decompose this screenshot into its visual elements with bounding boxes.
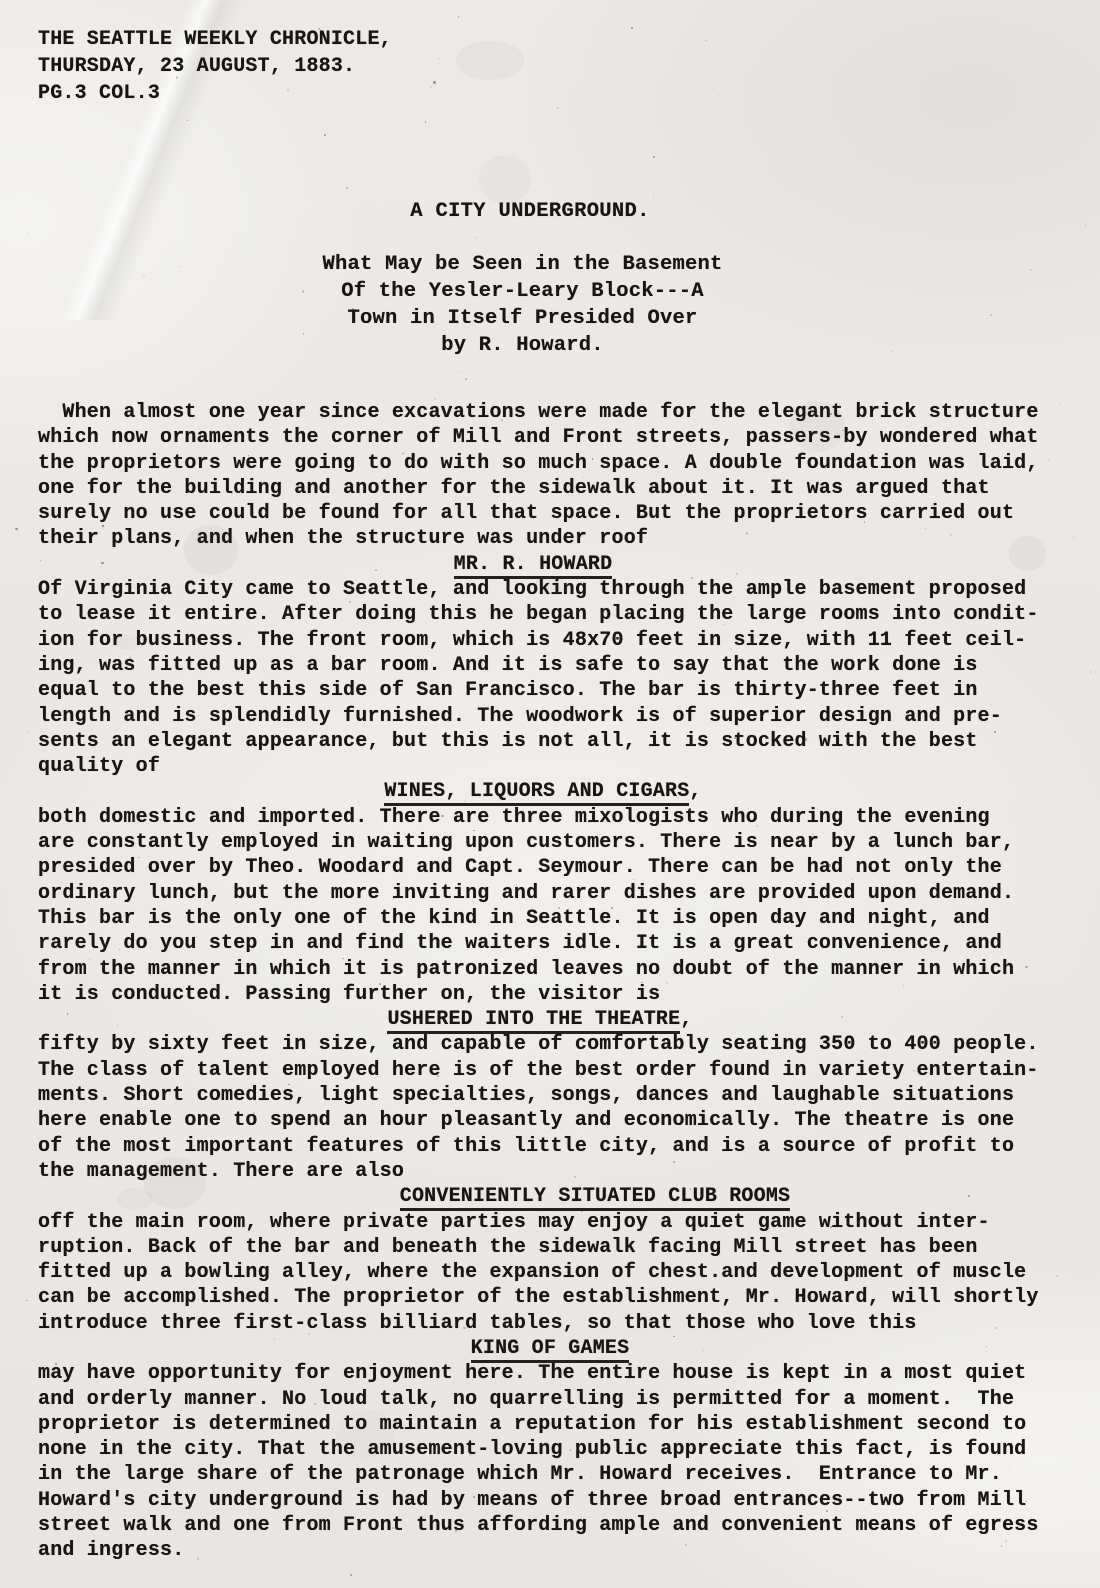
text-line: and ingress. (38, 1538, 1068, 1563)
text-line: which now ornaments the corner of Mill a… (38, 425, 1068, 450)
paper-speck (631, 27, 633, 29)
paper-blotch (479, 155, 530, 204)
subtitle-line: Town in Itself Presided Over (0, 305, 1045, 332)
scanned-document-page: THE SEATTLE WEEKLY CHRONICLE, THURSDAY, … (0, 0, 1100, 1588)
heading-king-of-games: KING OF GAMES (35, 1336, 1065, 1361)
paper-speck (28, 233, 29, 234)
bar-room-paragraph: Of Virginia City came to Seattle, and lo… (38, 577, 1068, 779)
text-line: The class of talent employed here is of … (38, 1058, 1068, 1083)
paper-speck (187, 120, 188, 121)
text-line: sents an elegant appearance, but this is… (38, 729, 1068, 754)
text-line: their plans, and when the structure was … (38, 526, 1068, 551)
text-line: both domestic and imported. There are th… (38, 805, 1068, 830)
paper-speck (425, 121, 426, 122)
heading-trailing-punctuation: , (680, 1008, 692, 1031)
text-line: surely no use could be found for all tha… (38, 501, 1068, 526)
paper-speck (925, 4, 926, 5)
club-rooms-paragraph: off the main room, where private parties… (38, 1210, 1068, 1336)
heading-mr-r-howard: MR. R. HOWARD (18, 552, 1048, 577)
text-line: can be accomplished. The proprietor of t… (38, 1285, 1068, 1310)
masthead-line-source: THE SEATTLE WEEKLY CHRONICLE, (38, 26, 392, 53)
paper-speck (653, 197, 655, 199)
heading-underlined-text: MR. R. HOWARD (454, 553, 613, 579)
text-line: When almost one year since excavations w… (38, 400, 1068, 425)
paper-speck (1073, 537, 1074, 538)
text-line: ion for business. The front room, which … (38, 628, 1068, 653)
text-line: none in the city. That the amusement-lov… (38, 1437, 1068, 1462)
text-line: length and is splendidly furnished. The … (38, 704, 1068, 729)
text-line: in the large share of the patronage whic… (38, 1462, 1068, 1487)
paper-speck (27, 731, 29, 733)
paper-speck (350, 1574, 352, 1576)
text-line: are constantly employed in waiting upon … (38, 830, 1068, 855)
subtitle-line: What May be Seen in the Basement (0, 251, 1045, 278)
heading-underlined-text: KING OF GAMES (471, 1337, 630, 1363)
paper-speck (557, 107, 559, 109)
heading-wines-liquors-cigars: WINES, LIQUORS AND CIGARS, (28, 779, 1058, 804)
text-line: street walk and one from Front thus affo… (38, 1513, 1068, 1538)
theatre-paragraph: fifty by sixty feet in size, and capable… (38, 1032, 1068, 1184)
paper-speck (500, 157, 501, 158)
text-line: proprietor is determined to maintain a r… (38, 1412, 1068, 1437)
subtitle-line: Of the Yesler-Leary Block---A (0, 278, 1045, 305)
text-line: This bar is the only one of the kind in … (38, 906, 1068, 931)
paper-speck (1090, 671, 1092, 673)
paper-speck (653, 156, 655, 158)
text-line: introduce three first-class billiard tab… (38, 1311, 1068, 1336)
paper-speck (324, 134, 326, 136)
text-line: from the manner in which it is patronize… (38, 957, 1068, 982)
article-subtitle: What May be Seen in the Basement Of the … (0, 251, 1045, 359)
heading-underlined-text: WINES, LIQUORS AND CIGARS (384, 780, 689, 806)
intro-paragraph: When almost one year since excavations w… (38, 400, 1068, 552)
text-line: equal to the best this side of San Franc… (38, 678, 1068, 703)
text-line: here enable one to spend an hour pleasan… (38, 1108, 1068, 1133)
text-line: one for the building and another for the… (38, 476, 1068, 501)
paper-speck (458, 371, 460, 373)
masthead-line-page-col: PG.3 COL.3 (38, 80, 392, 107)
paper-speck (465, 378, 467, 380)
text-line: ruption. Back of the bar and beneath the… (38, 1235, 1068, 1260)
paper-speck (439, 58, 440, 59)
masthead-line-date: THURSDAY, 23 AUGUST, 1883. (38, 53, 392, 80)
paper-speck (328, 375, 329, 376)
paper-speck (705, 40, 706, 41)
paper-speck (433, 81, 435, 83)
text-line: the management. There are also (38, 1159, 1068, 1184)
lunch-bar-paragraph: both domestic and imported. There are th… (38, 805, 1068, 1007)
heading-trailing-punctuation: , (689, 780, 701, 803)
text-line: ing, was fitted up as a bar room. And it… (38, 653, 1068, 678)
heading-club-rooms: CONVENIENTLY SITUATED CLUB ROOMS (80, 1184, 1100, 1209)
paper-speck (26, 1300, 28, 1302)
paper-speck (36, 1079, 37, 1080)
paper-speck (773, 121, 774, 122)
text-line: off the main room, where private parties… (38, 1210, 1068, 1235)
article-body: When almost one year since excavations w… (38, 400, 1068, 1564)
paper-speck (15, 528, 17, 530)
subtitle-line: by R. Howard. (0, 332, 1045, 359)
heading-underlined-text: CONVENIENTLY SITUATED CLUB ROOMS (400, 1185, 790, 1211)
paper-speck (458, 16, 460, 18)
text-line: ordinary lunch, but the more inviting an… (38, 881, 1068, 906)
text-line: it is conducted. Passing further on, the… (38, 982, 1068, 1007)
heading-ushered-into-theatre: USHERED INTO THE THEATRE, (25, 1007, 1055, 1032)
text-line: may have opportunity for enjoyment here.… (38, 1361, 1068, 1386)
paper-speck (476, 237, 478, 239)
article-title: A CITY UNDERGROUND. (10, 200, 1050, 223)
heading-underlined-text: USHERED INTO THE THEATRE (387, 1008, 680, 1034)
masthead: THE SEATTLE WEEKLY CHRONICLE, THURSDAY, … (38, 26, 392, 107)
text-line: and orderly manner. No loud talk, no qua… (38, 1387, 1068, 1412)
text-line: to lease it entire. After doing this he … (38, 602, 1068, 627)
text-line: presided over by Theo. Woodard and Capt.… (38, 855, 1068, 880)
text-line: rarely do you step in and find the waite… (38, 931, 1068, 956)
paper-blotch (456, 41, 524, 79)
paper-speck (430, 86, 432, 88)
text-line: fitted up a bowling alley, where the exp… (38, 1260, 1068, 1285)
paper-speck (1085, 225, 1086, 226)
text-line: the proprietors were going to do with so… (38, 451, 1068, 476)
paper-speck (695, 45, 696, 46)
text-line: fifty by sixty feet in size, and capable… (38, 1032, 1068, 1057)
text-line: of the most important features of this l… (38, 1134, 1068, 1159)
text-line: Of Virginia City came to Seattle, and lo… (38, 577, 1068, 602)
paper-speck (346, 187, 348, 189)
text-line: ments. Short comedies, light specialties… (38, 1083, 1068, 1108)
paper-speck (712, 89, 713, 90)
closing-paragraph: may have opportunity for enjoyment here.… (38, 1361, 1068, 1563)
text-line: quality of (38, 754, 1068, 779)
text-line: Howard's city underground is had by mean… (38, 1488, 1068, 1513)
